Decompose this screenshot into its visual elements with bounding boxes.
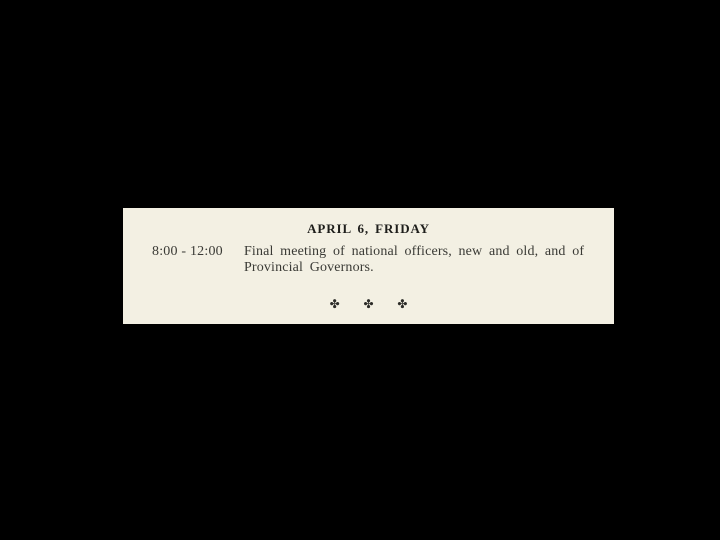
entry-description: Final meeting of national officers, new …	[244, 244, 602, 276]
day-heading: APRIL 6, FRIDAY	[123, 221, 614, 237]
entry-time: 8:00 - 12:00	[152, 244, 223, 260]
scanned-page: APRIL 6, FRIDAY 8:00 - 12:00 Final meeti…	[123, 208, 614, 324]
clover-ornament-icon: ✤	[330, 297, 340, 311]
clover-ornament-icon: ✤	[363, 297, 373, 311]
clover-ornament-icon: ✤	[397, 297, 407, 311]
ornament-divider: ✤ ✤ ✤	[123, 297, 614, 311]
